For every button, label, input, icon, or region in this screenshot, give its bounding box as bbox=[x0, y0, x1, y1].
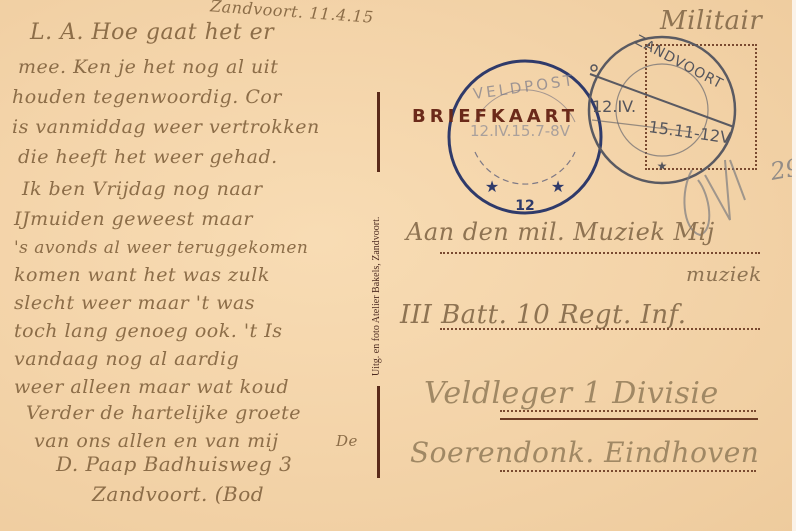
message-sender-address: D. Paap Badhuisweg 3 bbox=[56, 452, 292, 476]
svg-text:12: 12 bbox=[515, 198, 534, 214]
message-line: Ik ben Vrijdag nog naar bbox=[22, 178, 263, 200]
message-line: die heeft het weer gehad. bbox=[18, 146, 278, 168]
address-dotted-line bbox=[500, 410, 756, 412]
message-line: slecht weer maar 't was bbox=[14, 292, 255, 314]
divider-line-bottom bbox=[377, 386, 380, 478]
divider-line-top bbox=[377, 92, 380, 172]
publisher-imprint: Uitg. en foto Atelier Bakels, Zandvoort. bbox=[371, 217, 382, 376]
address-corner-note: Militair bbox=[660, 6, 762, 36]
svg-text:12.IV.: 12.IV. bbox=[592, 97, 636, 116]
address-line: Soerendonk. Eindhoven bbox=[410, 436, 759, 469]
briefkaart-title: BRIEFKAART bbox=[412, 106, 578, 127]
message-line: komen want het was zulk bbox=[14, 264, 270, 286]
address-line: Veldleger 1 Divisie bbox=[424, 376, 719, 411]
message-line: van ons allen en van mij bbox=[34, 430, 279, 452]
card-edge bbox=[792, 0, 796, 531]
message-line: weer alleen maar wat koud bbox=[14, 376, 289, 398]
message-signature: De bbox=[336, 432, 358, 450]
message-line: IJmuiden geweest maar bbox=[14, 208, 253, 230]
svg-text:★: ★ bbox=[485, 177, 499, 196]
message-line: vandaag nog al aardig bbox=[14, 348, 239, 370]
address-line: III Batt. 10 Regt. Inf. bbox=[400, 300, 687, 330]
postcard: Zandvoort. 11.4.15 L. A. Hoe gaat het er… bbox=[0, 0, 796, 531]
svg-text:★: ★ bbox=[551, 177, 565, 196]
address-dotted-line bbox=[500, 470, 756, 472]
message-line: L. A. Hoe gaat het er bbox=[30, 20, 274, 45]
svg-text:★: ★ bbox=[657, 159, 668, 173]
address-line: muziek bbox=[686, 262, 762, 286]
message-line: is vanmiddag weer vertrokken bbox=[12, 116, 320, 138]
address-underline bbox=[500, 418, 758, 420]
message-line: houden tegenwoordig. Cor bbox=[12, 86, 282, 108]
address-line: Aan den mil. Muziek Mij bbox=[406, 218, 715, 246]
svg-text:ZANDVOORT: ZANDVOORT bbox=[632, 32, 726, 92]
message-line: mee. Ken je het nog al uit bbox=[18, 56, 278, 78]
message-sender-town: Zandvoort. (Bod bbox=[92, 482, 264, 506]
message-line: Verder de hartelijke groete bbox=[26, 402, 301, 424]
address-dotted-line bbox=[440, 328, 760, 330]
address-dotted-line bbox=[440, 252, 760, 254]
svg-text:VELDPOST: VELDPOST bbox=[472, 71, 577, 103]
message-line: toch lang genoeg ook. 't Is bbox=[14, 320, 283, 342]
message-line: 's avonds al weer teruggekomen bbox=[14, 238, 308, 258]
